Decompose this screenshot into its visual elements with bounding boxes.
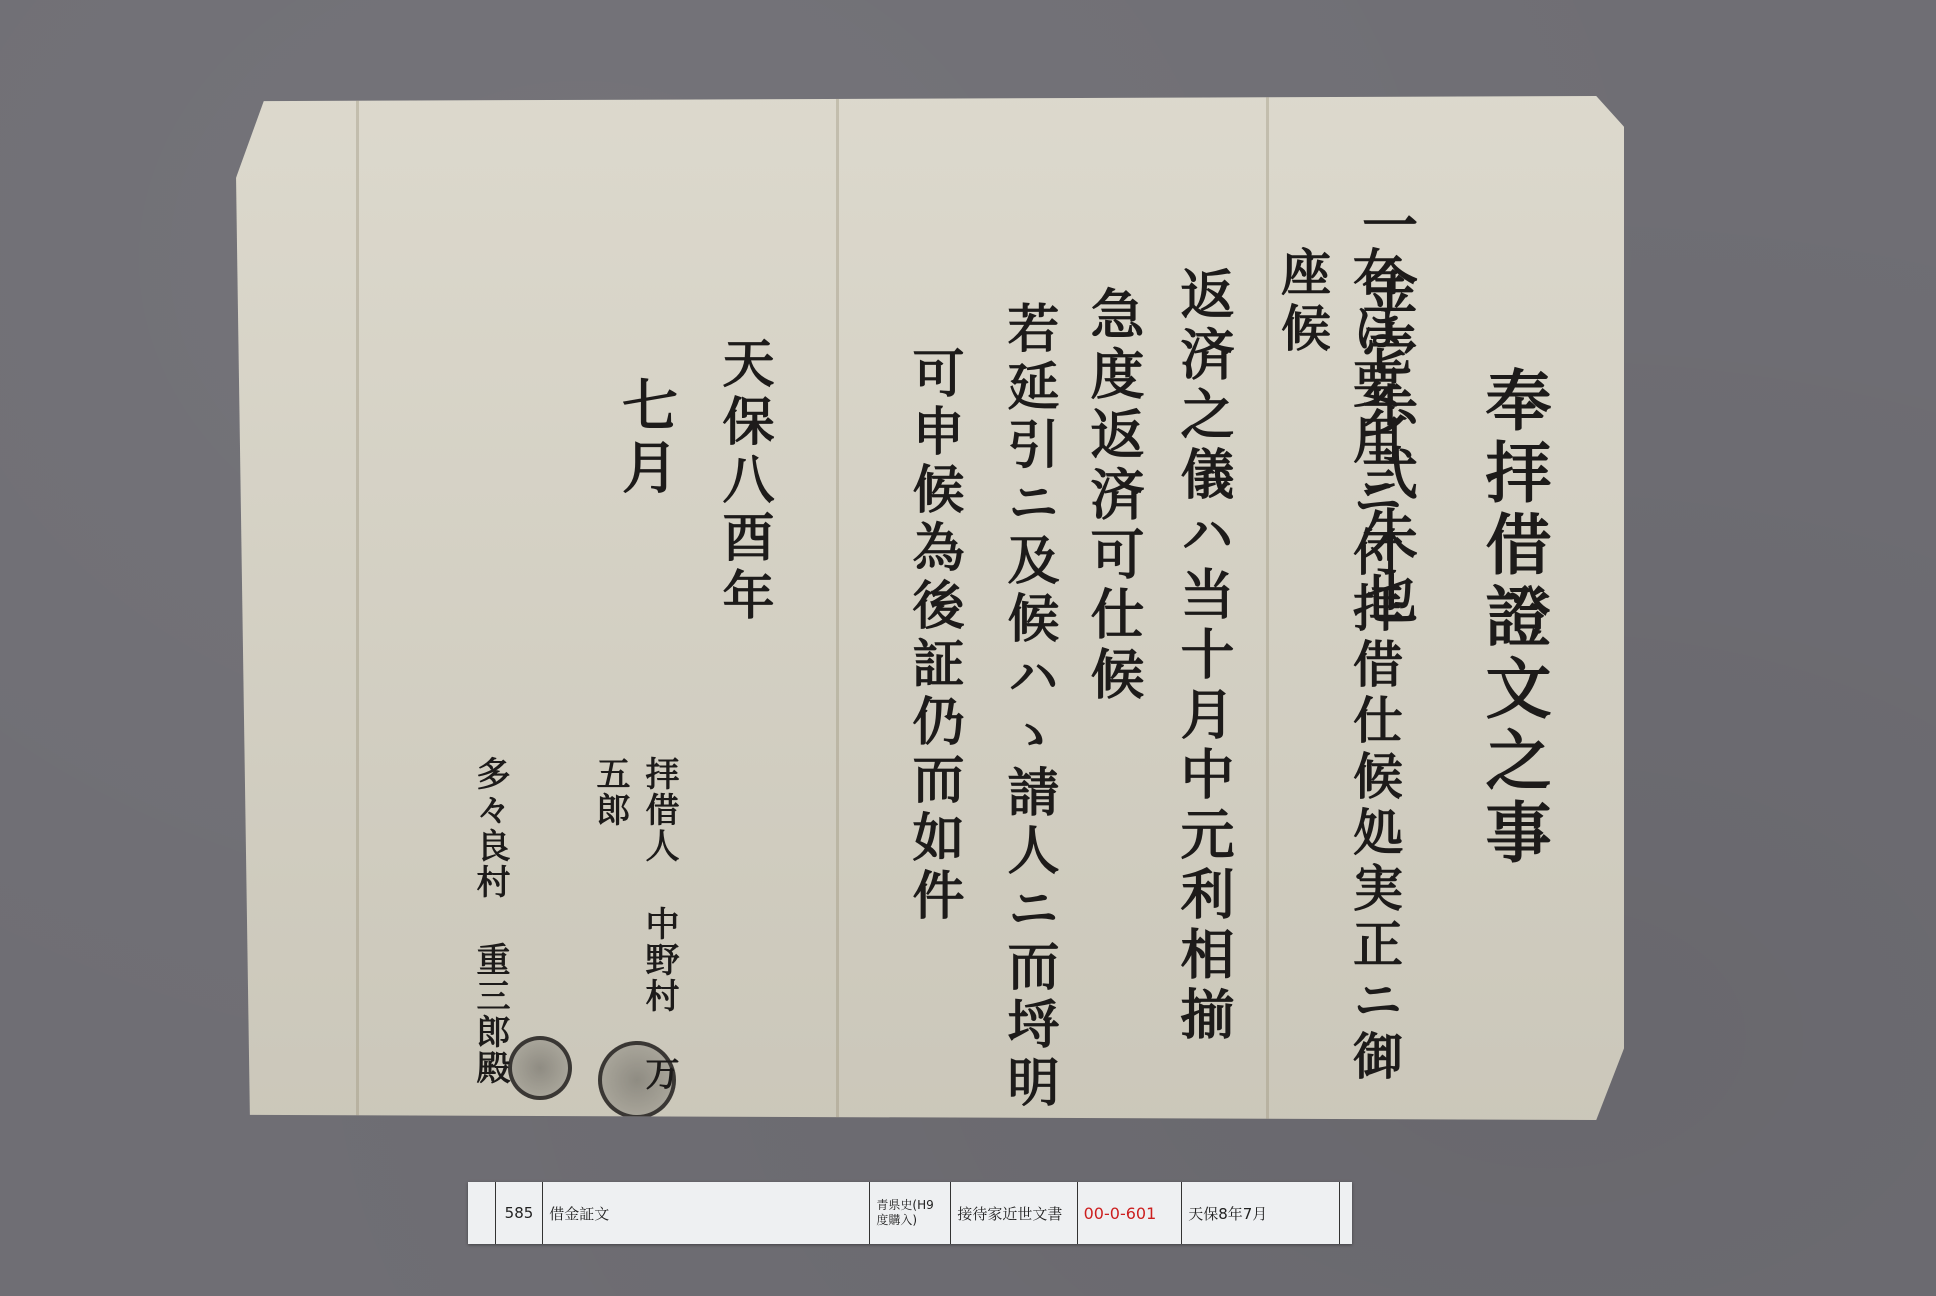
document-title: 奉拝借證文之事: [1466, 366, 1561, 870]
recipient-seal: [508, 1036, 572, 1100]
document-date: 天保八酉年: [706, 336, 781, 626]
label-code: 00-0-601: [1078, 1182, 1183, 1244]
label-number: 585: [496, 1182, 543, 1244]
recipient-address: 多々良村 重三郎殿: [466, 756, 515, 1086]
body-column-4: 急度返済可仕候: [1076, 286, 1153, 706]
document-month: 七月: [606, 376, 686, 500]
label-spacer: [468, 1182, 496, 1244]
body-column-2: 右は要用ニ付拝借仕候処実正ニ御座候: [1266, 246, 1410, 1120]
catalog-label: 585 借金証文 青県史(H9度購入) 接待家近世文書 00-0-601 天保8…: [468, 1182, 1352, 1244]
label-collection: 接待家近世文書: [951, 1182, 1077, 1244]
label-date: 天保8年7月: [1182, 1182, 1340, 1244]
body-column-5: 若延引ニ及候ハゝ請人ニ而埒明: [991, 301, 1066, 1113]
borrower-seal: [598, 1041, 676, 1119]
label-end-spacer: [1340, 1182, 1352, 1244]
fold-line: [836, 96, 839, 1120]
body-column-3: 返済之儀ハ当十月中元利相揃: [1166, 266, 1243, 1046]
label-title: 借金証文: [543, 1182, 870, 1244]
historical-document: 奉拝借證文之事 一金壱歩弐朱也 右は要用ニ付拝借仕候処実正ニ御座候 返済之儀ハ当…: [236, 96, 1624, 1120]
label-source: 青県史(H9度購入): [870, 1182, 951, 1244]
body-column-6: 可申候為後証仍而如件: [896, 346, 971, 926]
fold-line: [356, 96, 359, 1120]
